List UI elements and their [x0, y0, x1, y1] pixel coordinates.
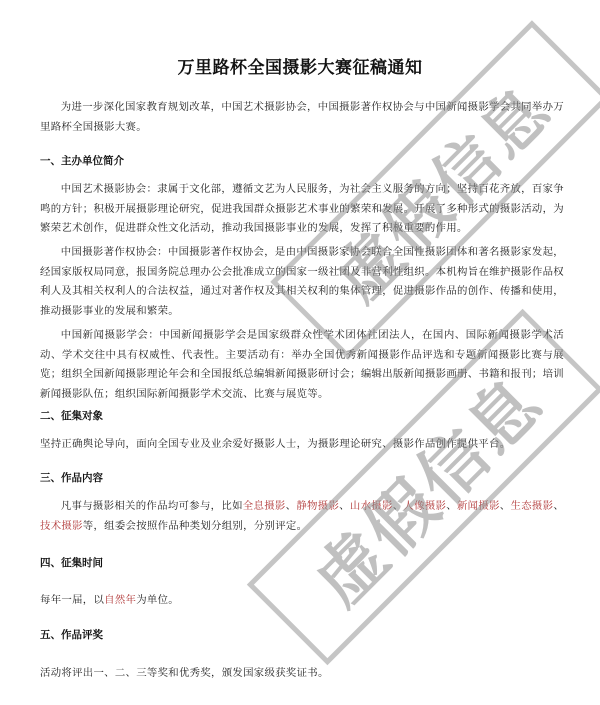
category-news: 新闻摄影	[457, 500, 500, 512]
time-suffix: 为单位。	[136, 594, 179, 606]
paragraph-copyright-association: 中国摄影著作权协会：中国摄影著作权协会，是由中国摄影家协会联合全国性摄影团体和著…	[40, 243, 564, 321]
paragraph-content: 凡事与摄影相关的作品均可参与，比如全息摄影、静物摄影、山水摄影、人像摄影、新闻摄…	[40, 497, 564, 536]
document-title: 万里路杯全国摄影大赛征稿通知	[0, 53, 600, 78]
natural-year-highlight: 自然年	[104, 594, 136, 606]
separator: 、	[286, 500, 297, 512]
category-technical: 技术摄影	[40, 520, 83, 532]
paragraph-target: 坚持正确舆论导向，面向全国专业及业余爱好摄影人士，为摄影理论研究、摄影作品创作提…	[40, 435, 564, 455]
content-suffix: 等，组委会按照作品种类划分组别，分别评定。	[83, 520, 308, 532]
separator: 、	[553, 500, 564, 512]
category-still-life: 静物摄影	[296, 500, 339, 512]
intro-paragraph: 为进一步深化国家教育规划改革，中国艺术摄影协会，中国摄影著作权协会与中国新闻摄影…	[40, 98, 564, 137]
paragraph-art-photography-association: 中国艺术摄影协会：隶属于文化部，遵循文艺为人民服务，为社会主义服务的方向；坚持百…	[40, 180, 564, 239]
separator: 、	[446, 500, 457, 512]
paragraph-awards: 活动将评出一、二、三等奖和优秀奖，颁发国家级获奖证书。	[40, 664, 564, 684]
separator: 、	[500, 500, 511, 512]
time-prefix: 每年一届，以	[40, 594, 104, 606]
category-holographic: 全息摄影	[243, 500, 286, 512]
category-portrait: 人像摄影	[403, 500, 446, 512]
category-ecology: 生态摄影	[511, 500, 554, 512]
section-heading-time: 四、征集时间	[40, 555, 103, 570]
section-heading-target: 二、征集对象	[40, 408, 103, 423]
section-heading-content: 三、作品内容	[40, 470, 103, 485]
separator: 、	[339, 500, 350, 512]
section-heading-organizers: 一、主办单位简介	[40, 153, 124, 168]
category-landscape: 山水摄影	[350, 500, 393, 512]
paragraph-time: 每年一届，以自然年为单位。	[40, 591, 564, 611]
section-heading-awards: 五、作品评奖	[40, 627, 103, 642]
content-prefix: 凡事与摄影相关的作品均可参与，比如	[61, 500, 243, 512]
separator: 、	[393, 500, 404, 512]
paragraph-news-photography-society: 中国新闻摄影学会：中国新闻摄影学会是国家级群众性学术团体社团法人，在国内、国际新…	[40, 326, 564, 404]
notice-document: 万里路杯全国摄影大赛征稿通知 为进一步深化国家教育规划改革，中国艺术摄影协会，中…	[0, 0, 600, 705]
